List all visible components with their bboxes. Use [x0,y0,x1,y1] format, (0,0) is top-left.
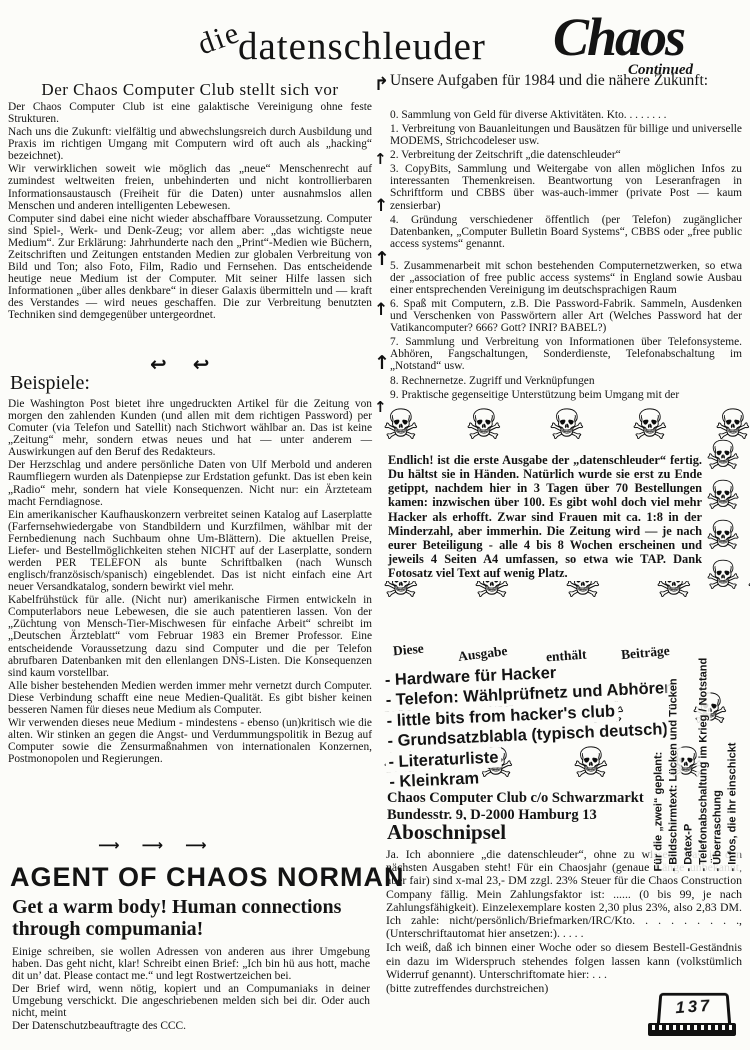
intro-paragraph: Computer sind dabei eine nicht wieder ab… [8,213,372,322]
right-arrow-icon: ⟶⟶⟶ [98,836,229,854]
agent-of-chaos-heading: AGENT OF CHAOS NORMAN [10,862,372,893]
task-item: 1. Verbreitung von Bauanleitungen und Ba… [390,123,742,147]
warm-body-heading: Get a warm body! Human connections throu… [12,896,370,941]
task-item: 4. Gründung verschiedener öffentlich (pe… [390,214,742,250]
endlich-editorial-note: Endlich! ist die erste Ausgabe der „date… [386,452,704,581]
intro-paragraph: Der Chaos Computer Club ist eine galakti… [8,101,372,125]
computer-keys [652,1025,732,1030]
tasks-heading: Unsere Aufgaben für 1984 und die nähere … [390,72,742,90]
task-item: 0. Sammlung von Geld für diverse Aktivit… [390,109,742,121]
scatter-word: Diese [389,640,427,659]
task-item: 3. CopyBits, Sammlung und Weitergabe von… [390,163,742,211]
abo-heading: Aboschnipsel [384,820,509,845]
address-line: Chaos Computer Club c/o Schwarzmarkt [384,790,647,807]
planned-item: Für die „zwei“ geplant: [652,599,667,874]
page-number: 137 [661,995,728,1019]
intro-paragraph: Nach uns die Zukunft: vielfältig und abw… [8,126,372,162]
scatter-word: Ausgabe [454,643,511,666]
planned-item: - Telefonabschaltung im Krieg / Notstand [696,599,711,874]
task-item: 9. Praktische gegenseitige Unterstützung… [390,389,742,401]
example-paragraph: Alle bisher bestehenden Medien werden im… [8,680,372,716]
left-column-heading: Der Chaos Computer Club stellt sich vor [12,80,368,100]
up-arrow-icon: ↑ [374,248,390,270]
planned-item: - Datex-P [681,599,696,874]
example-paragraph: Ein amerikanischer Kaufhauskonzern verbr… [8,509,372,594]
example-paragraph: Wir verwenden dieses neue Medium - minde… [8,717,372,765]
planned-item: - Infos, die ihr einschickt [726,599,741,874]
example-paragraph: Die Washington Post bietet ihre ungedruc… [8,398,372,458]
tasks-list: 0. Sammlung von Geld für diverse Aktivit… [390,109,742,403]
task-item: 6. Spaß mit Computern, z.B. Die Password… [390,298,742,334]
up-arrow-icon: ↑ [374,300,388,320]
warm-paragraph: Der Datenschutzbeauftragte des CCC. [12,1020,370,1032]
computer-icon: 137 [648,992,740,1042]
up-arrow-icon: ↑ [374,196,388,216]
up-arrow-icon: ↑ [374,352,390,374]
up-arrow-icon: ↑ [374,150,387,168]
intro-section: Der Chaos Computer Club ist eine galakti… [8,101,372,322]
issue-contents-list: - Hardware für Hacker - Telefon: Wählprü… [381,658,681,793]
planned-item: - Bildschirmtext: Lücken und Tücken [666,599,681,874]
warm-paragraph: Der Brief wird, wenn nötig, kopiert und … [12,983,370,1019]
task-item: 2. Verbreitung der Zeitschrift „die date… [390,149,742,161]
club-address: Chaos Computer Club c/o Schwarzmarkt Bun… [384,790,647,823]
examples-heading: Beispiele: [10,372,90,395]
task-item: 8. Rechnernetze. Zugriff und Verknüpfung… [390,375,742,387]
task-item: 7. Sammlung und Verbreitung von Informat… [390,336,742,372]
example-paragraph: Kabelfrühstück für alle. (Nicht nur) ame… [8,594,372,679]
skull-band: ☠ ☠ ☠ ☠ ☠ [382,404,750,446]
abo-paragraph: Ich weiß, daß ich binnen einer Woche ode… [386,941,742,981]
planned-item: - Überraschung [711,599,726,874]
warm-body-section: Einige schreiben, sie wollen Adressen vo… [12,946,370,1034]
zine-page: die datenschleuder Chaos Continued Der C… [0,0,750,1050]
example-paragraph: Der Herzschlag und andere persönliche Da… [8,459,372,507]
warm-paragraph: Einige schreiben, sie wollen Adressen vo… [12,946,370,982]
return-arrow-icon: ↩↩ [150,352,236,376]
examples-section: Die Washington Post bietet ihre ungedruc… [8,398,372,766]
chaos-logo: Chaos [553,6,684,68]
intro-paragraph: Wir verwirklichen soweit wie möglich das… [8,163,372,211]
planned-vertical-list: Für die „zwei“ geplant: - Bildschirmtext… [652,599,744,874]
hook-arrow-icon: ↱ [374,74,389,95]
task-item: 5. Zusammenarbeit mit schon bestehenden … [390,260,742,296]
masthead-title: datenschleuder [238,24,486,69]
